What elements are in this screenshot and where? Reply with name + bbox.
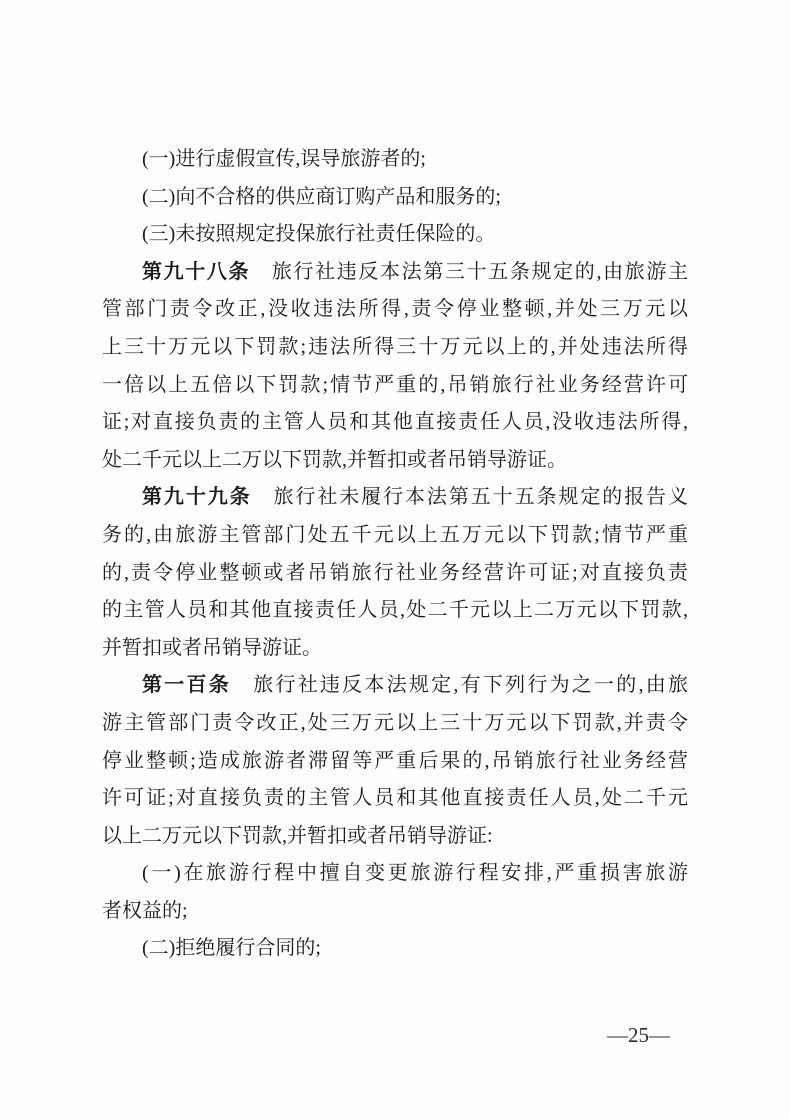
line-text: (二)拒绝履行合同的; — [142, 937, 321, 959]
text-line: 处二千元以上二万以下罚款,并暂扣或者吊销导游证。 — [102, 442, 688, 480]
line-text: 旅行社未履行本法第五十五条规定的报告义 — [252, 486, 688, 508]
line-text: 旅行社违反本法规定,有下列行为之一的,由旅 — [231, 674, 688, 696]
line-text: 者权益的; — [102, 900, 188, 922]
line-text: 并暂扣或者吊销导游证。 — [102, 637, 322, 659]
text-line: 者权益的; — [102, 893, 688, 931]
text-line: 游主管部门责令改正,处三万元以上三十万元以下罚款,并责令 — [102, 705, 688, 743]
document-page: (一)进行虚假宣传,误导旅游者的;(二)向不合格的供应商订购产品和服务的;(三)… — [0, 0, 790, 1119]
text-line: 的,责令停业整顿或者吊销旅行社业务经营许可证;对直接负责 — [102, 555, 688, 593]
line-text: 一倍以上五倍以下罚款;情节严重的,吊销旅行社业务经营许可 — [102, 374, 688, 396]
text-line: (二)向不合格的供应商订购产品和服务的; — [102, 179, 688, 217]
line-text: 上三十万元以下罚款;违法所得三十万元以上的,并处违法所得 — [102, 336, 688, 358]
text-line: 证;对直接负责的主管人员和其他直接责任人员,没收违法所得, — [102, 404, 688, 442]
text-line: 第九十八条 旅行社违反本法第三十五条规定的,由旅游主 — [102, 254, 688, 292]
text-line: 的主管人员和其他直接责任人员,处二千元以上二万元以下罚款, — [102, 592, 688, 630]
line-text: 管部门责令改正,没收违法所得,责令停业整顿,并处三万元以 — [102, 298, 688, 320]
text-line: (一)进行虚假宣传,误导旅游者的; — [102, 141, 688, 179]
line-text: 的主管人员和其他直接责任人员,处二千元以上二万元以下罚款, — [102, 599, 688, 621]
text-line: 第一百条 旅行社违反本法规定,有下列行为之一的,由旅 — [102, 667, 688, 705]
article-heading: 第一百条 — [142, 674, 231, 696]
line-text: 停业整顿;造成旅游者滞留等严重后果的,吊销旅行社业务经营 — [102, 750, 688, 772]
line-text: 证;对直接负责的主管人员和其他直接责任人员,没收违法所得, — [102, 411, 688, 433]
text-line: 第九十九条 旅行社未履行本法第五十五条规定的报告义 — [102, 479, 688, 517]
text-line: 管部门责令改正,没收违法所得,责令停业整顿,并处三万元以 — [102, 291, 688, 329]
text-line: 上三十万元以下罚款;违法所得三十万元以上的,并处违法所得 — [102, 329, 688, 367]
line-text: (一)进行虚假宣传,误导旅游者的; — [142, 148, 426, 170]
text-line: 务的,由旅游主管部门处五千元以上五万元以下罚款;情节严重 — [102, 517, 688, 555]
text-line: (二)拒绝履行合同的; — [102, 930, 688, 968]
line-text: (一)在旅游行程中擅自变更旅游行程安排,严重损害旅游 — [142, 862, 688, 884]
article-heading: 第九十八条 — [142, 261, 250, 283]
article-heading: 第九十九条 — [142, 486, 252, 508]
page-number: —25— — [0, 1020, 670, 1050]
line-text: 以上二万元以下罚款,并暂扣或者吊销导游证: — [102, 825, 493, 847]
text-line: 许可证;对直接负责的主管人员和其他直接责任人员,处二千元 — [102, 780, 688, 818]
line-text: 旅行社违反本法第三十五条规定的,由旅游主 — [250, 261, 688, 283]
line-text: (二)向不合格的供应商订购产品和服务的; — [142, 186, 501, 208]
text-line: 一倍以上五倍以下罚款;情节严重的,吊销旅行社业务经营许可 — [102, 367, 688, 405]
line-text: 处二千元以上二万以下罚款,并暂扣或者吊销导游证。 — [102, 449, 567, 471]
text-line: (一)在旅游行程中擅自变更旅游行程安排,严重损害旅游 — [102, 855, 688, 893]
text-line: 以上二万元以下罚款,并暂扣或者吊销导游证: — [102, 818, 688, 856]
text-line: 停业整顿;造成旅游者滞留等严重后果的,吊销旅行社业务经营 — [102, 743, 688, 781]
line-text: 游主管部门责令改正,处三万元以上三十万元以下罚款,并责令 — [102, 712, 688, 734]
text-block: (一)进行虚假宣传,误导旅游者的;(二)向不合格的供应商订购产品和服务的;(三)… — [102, 141, 688, 968]
line-text: 的,责令停业整顿或者吊销旅行社业务经营许可证;对直接负责 — [102, 562, 688, 584]
line-text: 许可证;对直接负责的主管人员和其他直接责任人员,处二千元 — [102, 787, 688, 809]
text-line: 并暂扣或者吊销导游证。 — [102, 630, 688, 668]
line-text: (三)未按照规定投保旅行社责任保险的。 — [142, 223, 495, 245]
line-text: 务的,由旅游主管部门处五千元以上五万元以下罚款;情节严重 — [102, 524, 688, 546]
text-line: (三)未按照规定投保旅行社责任保险的。 — [102, 216, 688, 254]
